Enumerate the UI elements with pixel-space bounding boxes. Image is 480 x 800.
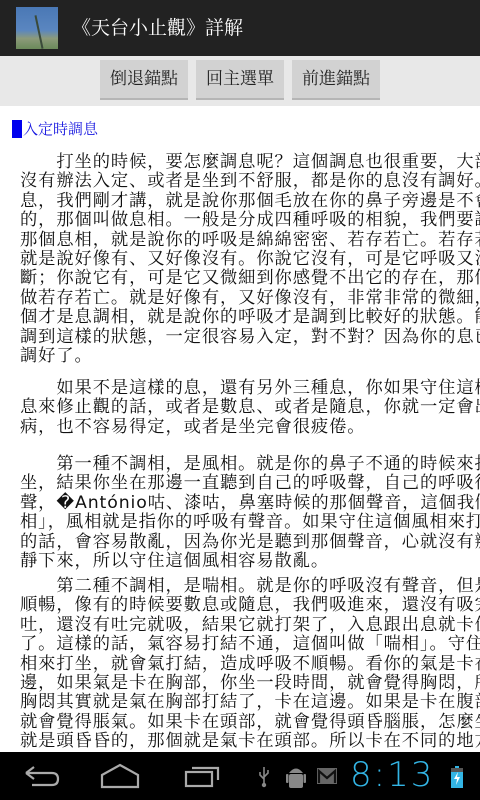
text-line: 邊，如果氣是卡在胸部，你坐一段時間，就會覺得胸悶，所以 (20, 674, 460, 693)
text-line: 就是頭昏昏的，那個就是氣卡在頭部。所以卡在不同的地方， (20, 732, 460, 751)
title-bar: 《天台小止觀》詳解 (0, 0, 480, 56)
text-line: 的，那個叫做息相。一般是分成四種呼吸的相貌，我們要調到 (20, 211, 460, 230)
text-line: 第一種不調相，是風相。就是你的鼻子不通的時候來打 (20, 455, 460, 474)
text-line: 吐，還沒有吐完就吸，結果它就打架了，入息跟出息就卡住 (20, 616, 460, 635)
text-line: 就是說好像有、又好像沒有。你說它沒有，可是它呼吸又沒有 (20, 250, 460, 269)
text-line: 如果不是這樣的息，還有另外三種息，你如果守住這樣的 (20, 379, 460, 398)
text-line: 個才是息調相，就是說你的呼吸才是調到比較好的狀態。能夠 (20, 308, 460, 327)
text-line: 調到這樣的狀態，一定很容易入定，對不對？因為你的息已經 (20, 328, 460, 347)
article-content[interactable]: 入定時調息 打坐的時候，要怎麼調息呢？這個調息也很重要，大部分 沒有辦法入定、或… (0, 106, 480, 752)
home-icon[interactable] (100, 763, 140, 789)
section-heading[interactable]: 入定時調息 (12, 120, 98, 138)
paragraph-4: 第二種不調相，是喘相。就是你的呼吸沒有聲音，但是不 順暢，像有的時候要數息或隨息… (20, 577, 460, 752)
text-line: 斷；你說它有，可是它又微細到你感覺不出它的存在，那個叫 (20, 269, 460, 288)
text-line: 了。這樣的話，氣容易打結不通，這個叫做「喘相」。守住喘 (20, 635, 460, 654)
status-clock: 8:13 (350, 755, 434, 795)
text-line: 調好了。 (20, 347, 460, 366)
app-icon[interactable] (16, 7, 58, 49)
text-line: 靜下來，所以守住這個風相容易散亂。 (20, 552, 460, 571)
main-menu-button[interactable]: 回主選單 (196, 60, 284, 100)
text-line: 沒有辦法入定、或者是坐到不舒服，都是你的息沒有調好。 (20, 172, 460, 191)
text-line: 做若存若亡。就是好像有，又好像沒有，非常非常的微細，這 (20, 289, 460, 308)
recent-apps-icon[interactable] (184, 764, 220, 788)
android-debug-icon (286, 764, 306, 790)
back-icon[interactable] (22, 764, 62, 788)
text-line: 的話，會容易散亂，因為你光是聽到那個聲音，心就沒有辦法 (20, 533, 460, 552)
text-line: 病，也不容易得定，或者是坐完會很疲倦。 (20, 418, 460, 437)
text-line: 相來打坐，就會氣打結，造成呼吸不順暢。看你的氣是卡在哪 (20, 655, 460, 674)
app-title: 《天台小止觀》詳解 (72, 14, 243, 42)
text-line: 聲，�António咕、漆咕，鼻塞時候的那個聲音，這個我們叫做「風 (20, 494, 460, 513)
text-line: 坐，結果你坐在那邊一直聽到自己的呼吸聲，自己的呼吸很大 (20, 474, 460, 493)
battery-charging-icon (451, 766, 463, 788)
system-navigation-bar: 8:13 (0, 752, 480, 800)
text-line: 第二種不調相，是喘相。就是你的呼吸沒有聲音，但是不 (20, 577, 460, 596)
paragraph-1: 打坐的時候，要怎麼調息呢？這個調息也很重要，大部分 沒有辦法入定、或者是坐到不舒… (20, 153, 460, 366)
text-line: 息，我們剛才講，就是說你那個毛放在你的鼻子旁邊是不會動 (20, 192, 460, 211)
text-line: 打坐的時候，要怎麼調息呢？這個調息也很重要，大部分 (20, 153, 460, 172)
anchor-marker-icon (12, 120, 22, 138)
text-line: 就會覺得脹氣。如果卡在頭部，就會覺得頭昏腦脹，怎麼坐完 (20, 713, 460, 732)
text-line: 相」，風相就是指你的呼吸有聲音。如果守住這個風相來打坐 (20, 513, 460, 532)
text-line: 順暢，像有的時候要數息或隨息，我們吸進來，還沒有吸完就 (20, 596, 460, 615)
text-line: 那個息相，就是說你的呼吸是綿綿密密、若存若亡。若存若亡 (20, 231, 460, 250)
next-anchor-button[interactable]: 前進錨點 (292, 60, 380, 100)
gmail-icon (316, 767, 338, 785)
section-heading-text: 入定時調息 (23, 120, 98, 138)
paragraph-2: 如果不是這樣的息，還有另外三種息，你如果守住這樣的 息來修止觀的話，或者是數息、… (20, 379, 460, 437)
paragraph-3: 第一種不調相，是風相。就是你的鼻子不通的時候來打 坐，結果你坐在那邊一直聽到自己… (20, 455, 460, 571)
previous-anchor-button[interactable]: 倒退錨點 (100, 60, 188, 100)
usb-icon (258, 766, 270, 788)
text-line: 息來修止觀的話，或者是數息、或者是隨息，你就一定會出毛 (20, 398, 460, 417)
anchor-toolbar: 倒退錨點 回主選單 前進錨點 (0, 56, 480, 106)
text-line: 胸悶其實就是氣在胸部打結了，卡在這邊。如果是卡在腹部， (20, 693, 460, 712)
